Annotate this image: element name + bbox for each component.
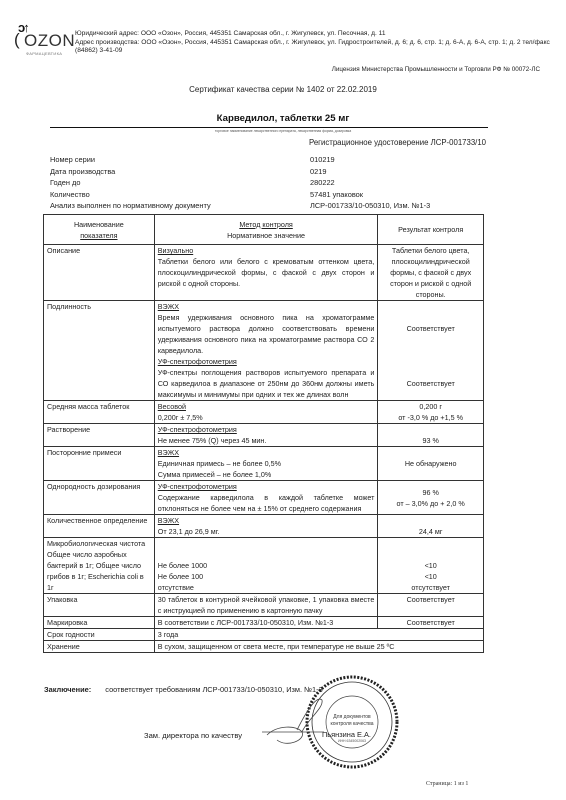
legal-address: Юридический адрес: ООО «Озон», Россия, 4… (75, 30, 555, 39)
row-result-line2: от -3,0 % до +1,5 % (381, 412, 480, 423)
row-name: Посторонние примеси (44, 447, 155, 481)
table-row: Количественное определение ВЭЖХ От 23,1 … (44, 515, 484, 538)
row-name: Количественное определение (44, 515, 155, 538)
row-result: Соответствует (378, 617, 484, 629)
row-method: ВЭЖХ (158, 515, 375, 526)
company-addresses: Юридический адрес: ООО «Озон», Россия, 4… (75, 30, 555, 56)
row-name: Маркировка (44, 617, 155, 629)
ozon-logo: ↄ↑ ( OZON ФАРМАЦЕВТИКА (14, 20, 74, 60)
header-name: Наименование показателя (44, 215, 155, 245)
svg-text:ИНН 6345002063: ИНН 6345002063 (338, 739, 366, 743)
row-name: Описание (44, 245, 155, 301)
row-method-2: УФ-спектрофотометрия (158, 356, 375, 367)
row-norm: 3 года (154, 629, 483, 641)
meta-value: ЛСР-001733/10-050310, Изм. №1-3 (310, 201, 430, 210)
row-norm: УФ-спектрофотометрия Не менее 75% (Q) че… (154, 424, 378, 447)
row-norm-text: Единичная примесь – не более 0,5% (158, 458, 375, 469)
row-result: Не обнаружено (378, 447, 484, 481)
row-norm: Не более 1000 Не более 100 отсутствие (154, 538, 378, 594)
row-result-line: <10 (381, 571, 480, 582)
row-name: Однородность дозирования (44, 481, 155, 515)
meta-value: 0219 (310, 167, 326, 176)
logo-subtitle: ФАРМАЦЕВТИКА (26, 51, 62, 56)
row-result-line1: 0,200 г (381, 401, 480, 412)
row-result: 93 % (378, 424, 484, 447)
row-norm: 30 таблеток в контурной ячейковой упаков… (154, 594, 378, 617)
specification-table: Наименование показателя Метод контроля Н… (43, 214, 484, 653)
header-method: Метод контроля Нормативное значение (154, 215, 378, 245)
row-result-1: Соответствует (381, 323, 480, 334)
table-row: Средняя масса таблеток Весовой 0,200г ± … (44, 401, 484, 424)
row-norm-text: 0,200г ± 7,5% (158, 412, 375, 423)
meta-value: 280222 (310, 178, 335, 187)
table-row: Упаковка 30 таблеток в контурной ячейков… (44, 594, 484, 617)
header-method-line1: Метод контроля (158, 219, 375, 230)
header-result: Результат контроля (378, 215, 484, 245)
table-row: Маркировка В соответствии с ЛСР-001733/1… (44, 617, 484, 629)
conclusion-label: Заключение: (44, 685, 91, 694)
row-method: Весовой (158, 401, 375, 412)
row-norm-text-2: УФ-спектры поглощения растворов испытуем… (158, 367, 375, 400)
row-norm-text: Таблетки белого или белого с кремоватым … (158, 256, 375, 289)
row-method: УФ-спектрофотометрия (158, 481, 375, 492)
row-norm-text: От 23,1 до 26,9 мг. (158, 526, 375, 537)
row-name: Средняя масса таблеток (44, 401, 155, 424)
meta-row: Анализ выполнен по нормативному документ… (50, 201, 490, 213)
production-address: Адрес производства: ООО «Озон», Россия, … (75, 39, 555, 56)
row-method: ВЭЖХ (158, 301, 375, 312)
row-norm-line: Не более 1000 (158, 560, 375, 571)
row-result: Соответствует (378, 594, 484, 617)
license-line: Лицензия Министерства Промышленности и Т… (332, 66, 540, 73)
svg-text:контроля качества: контроля качества (330, 721, 373, 727)
meta-key: Анализ выполнен по нормативному документ… (50, 201, 211, 210)
row-norm-line: отсутствие (158, 582, 375, 593)
meta-key: Дата производства (50, 167, 115, 176)
table-row: Однородность дозирования УФ-спектрофотом… (44, 481, 484, 515)
table-row: Подлинность ВЭЖХ Время удерживания основ… (44, 301, 484, 401)
table-row: Посторонние примеси ВЭЖХ Единичная приме… (44, 447, 484, 481)
row-result: Таблетки белого цвета, плоскоцилиндричес… (378, 245, 484, 301)
meta-key: Количество (50, 190, 90, 199)
logo-c-glyph: ( (14, 30, 20, 50)
row-result-line2: от – 3,0% до + 2,0 % (381, 498, 480, 509)
product-title: Карведилол, таблетки 25 мг (0, 113, 566, 124)
row-result-line1: 96 % (381, 487, 480, 498)
row-name: Упаковка (44, 594, 155, 617)
table-row: Хранение В сухом, защищенном от света ме… (44, 641, 484, 653)
meta-row: Годен до 280222 (50, 178, 490, 190)
table-row: Срок годности 3 года (44, 629, 484, 641)
row-norm: В соответствии с ЛСР-001733/10-050310, И… (154, 617, 378, 629)
table-row: Микробиологическая чистота Общее число а… (44, 538, 484, 594)
row-name: Срок годности (44, 629, 155, 641)
row-result-2: Соответствует (381, 378, 480, 389)
meta-row: Количество 57481 упаковок (50, 190, 490, 202)
row-result: <10 <10 отсутствует (378, 538, 484, 594)
meta-value: 57481 упаковок (310, 190, 363, 199)
row-result: 0,200 г от -3,0 % до +1,5 % (378, 401, 484, 424)
signature-scribble-icon (262, 690, 332, 750)
row-norm: ВЭЖХ Время удерживания основного пика на… (154, 301, 378, 401)
meta-key: Годен до (50, 178, 80, 187)
meta-value: 010219 (310, 155, 335, 164)
row-norm-line: Не более 100 (158, 571, 375, 582)
row-norm: ВЭЖХ От 23,1 до 26,9 мг. (154, 515, 378, 538)
certificate-title: Сертификат качества серии № 1402 от 22.0… (0, 85, 566, 94)
row-result-line: <10 (381, 560, 480, 571)
registration-certificate: Регистрационное удостоверение ЛСР-001733… (309, 138, 486, 147)
table-header-row: Наименование показателя Метод контроля Н… (44, 215, 484, 245)
row-method: Визуально (158, 245, 375, 256)
header-method-line2: Нормативное значение (158, 230, 375, 241)
row-norm-text: Не менее 75% (Q) через 45 мин. (158, 435, 375, 446)
row-result: 24,4 мг (378, 515, 484, 538)
row-result: 96 % от – 3,0% до + 2,0 % (378, 481, 484, 515)
row-method: ВЭЖХ (158, 447, 375, 458)
row-norm-text: Время удерживания основного пика на хром… (158, 312, 375, 356)
row-name: Хранение (44, 641, 155, 653)
signatory-position: Зам. директора по качеству (144, 731, 242, 740)
table-row: Растворение УФ-спектрофотометрия Не мене… (44, 424, 484, 447)
meta-row: Номер серии 010219 (50, 155, 490, 167)
row-norm: Визуально Таблетки белого или белого с к… (154, 245, 378, 301)
row-method: УФ-спектрофотометрия (158, 424, 375, 435)
row-result-line: отсутствует (381, 582, 480, 593)
svg-text:Для документов: Для документов (333, 714, 371, 720)
row-result: Соответствует Соответствует (378, 301, 484, 401)
header-name-line2: показателя (47, 230, 151, 241)
row-norm: В сухом, защищенном от света месте, при … (154, 641, 483, 653)
row-name: Растворение (44, 424, 155, 447)
meta-key: Номер серии (50, 155, 95, 164)
table-row: Описание Визуально Таблетки белого или б… (44, 245, 484, 301)
row-norm-text: Содержание карведилола в каждой таблетке… (158, 492, 375, 514)
row-norm: ВЭЖХ Единичная примесь – не более 0,5% С… (154, 447, 378, 481)
row-name: Микробиологическая чистота Общее число а… (44, 538, 155, 594)
meta-row: Дата производства 0219 (50, 167, 490, 179)
title-rule (50, 127, 488, 128)
row-norm-text-2: Сумма примесей – не более 1,0% (158, 469, 375, 480)
product-caption: торговое наименование лекарственного пре… (0, 129, 566, 133)
row-norm: Весовой 0,200г ± 7,5% (154, 401, 378, 424)
header-name-line1: Наименование (47, 219, 151, 230)
row-norm: УФ-спектрофотометрия Содержание карведил… (154, 481, 378, 515)
row-name: Подлинность (44, 301, 155, 401)
logo-brand: OZON (24, 31, 75, 51)
signatory-name: Пьянзина Е.А. (322, 730, 371, 739)
page-number: Страница: 1 из 1 (426, 781, 468, 787)
